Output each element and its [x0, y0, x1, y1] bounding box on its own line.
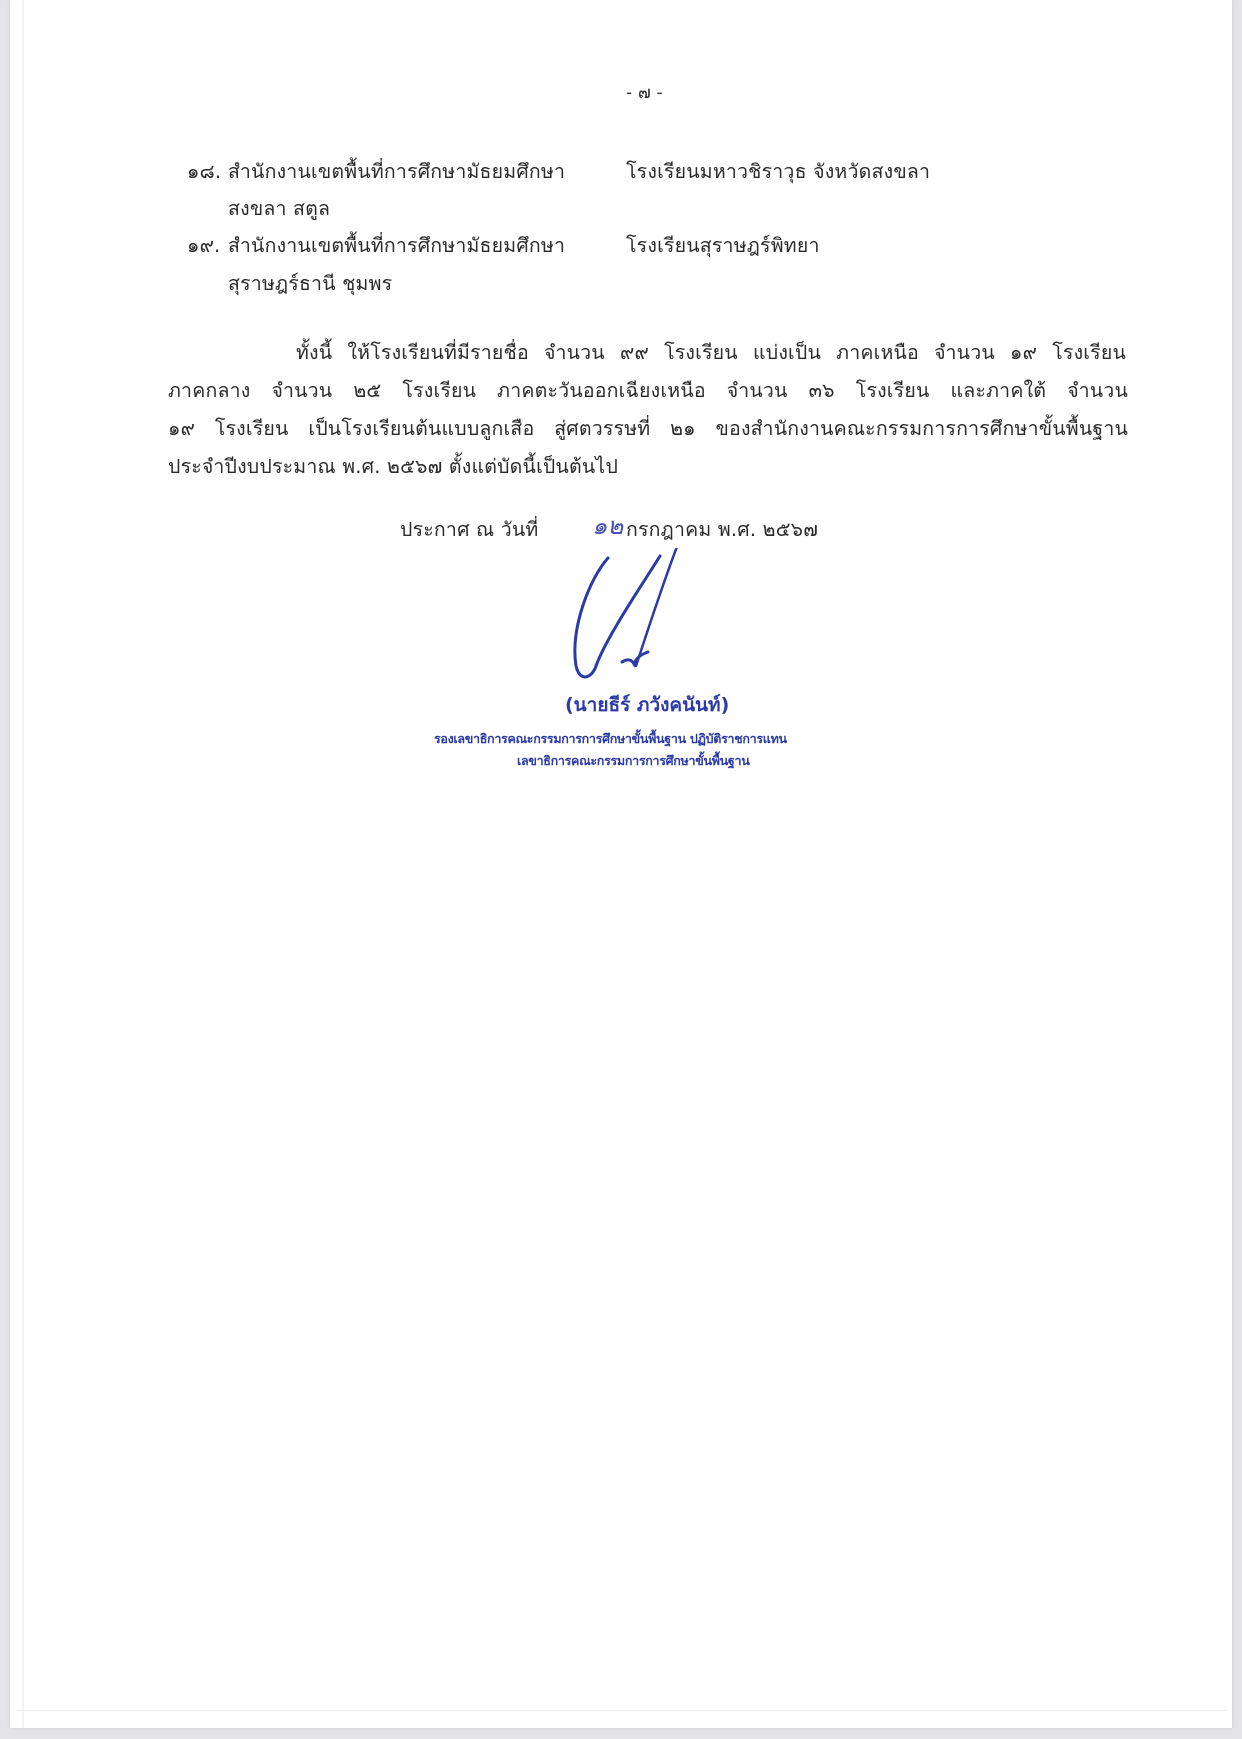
paragraph-line: ภาคกลาง จำนวน ๒๕ โรงเรียน ภาคตะวันออกเฉี… [168, 381, 1128, 401]
paragraph-line: ทั้งนี้ ให้โรงเรียนที่มีรายชื่อ จำนวน ๙๙… [296, 343, 1126, 363]
list-item-office-cont: สงขลา สตูล [228, 199, 330, 219]
page-number: - ๗ - [626, 85, 663, 102]
announcement-prefix: ประกาศ ณ วันที่ [400, 520, 538, 540]
paragraph-line: ๑๙ โรงเรียน เป็นโรงเรียนต้นแบบลูกเสือ สู… [168, 419, 1128, 439]
signer-title-cont: เลขาธิการคณะกรรมการการศึกษาขั้นพื้นฐาน [517, 751, 749, 771]
paragraph-line: ประจำปีงบประมาณ พ.ศ. ๒๕๖๗ ตั้งแต่บัดนี้เ… [168, 457, 618, 477]
handwritten-day: ๑๒ [592, 514, 623, 538]
list-item-office: สำนักงานเขตพื้นที่การศึกษามัธยมศึกษา [228, 236, 565, 256]
page-edge [22, 0, 24, 1728]
signer-title: รองเลขาธิการคณะกรรมการการศึกษาขั้นพื้นฐา… [434, 729, 787, 749]
page-bottom-edge [16, 1710, 1226, 1711]
list-item-office-cont: สุราษฎร์ธานี ชุมพร [228, 274, 392, 294]
list-item-office: สำนักงานเขตพื้นที่การศึกษามัธยมศึกษา [228, 162, 565, 182]
list-item-school: โรงเรียนมหาวชิราวุธ จังหวัดสงขลา [626, 162, 930, 182]
list-item-school: โรงเรียนสุราษฎร์พิทยา [626, 236, 820, 256]
signer-name: (นายธีร์ ภวังคนันท์) [565, 690, 729, 720]
signature-icon [560, 548, 760, 688]
list-item-number: ๑๙. [187, 236, 220, 256]
document-page [10, 0, 1232, 1728]
announcement-month-year: กรกฎาคม พ.ศ. ๒๕๖๗ [626, 520, 818, 540]
list-item-number: ๑๘. [187, 162, 221, 182]
